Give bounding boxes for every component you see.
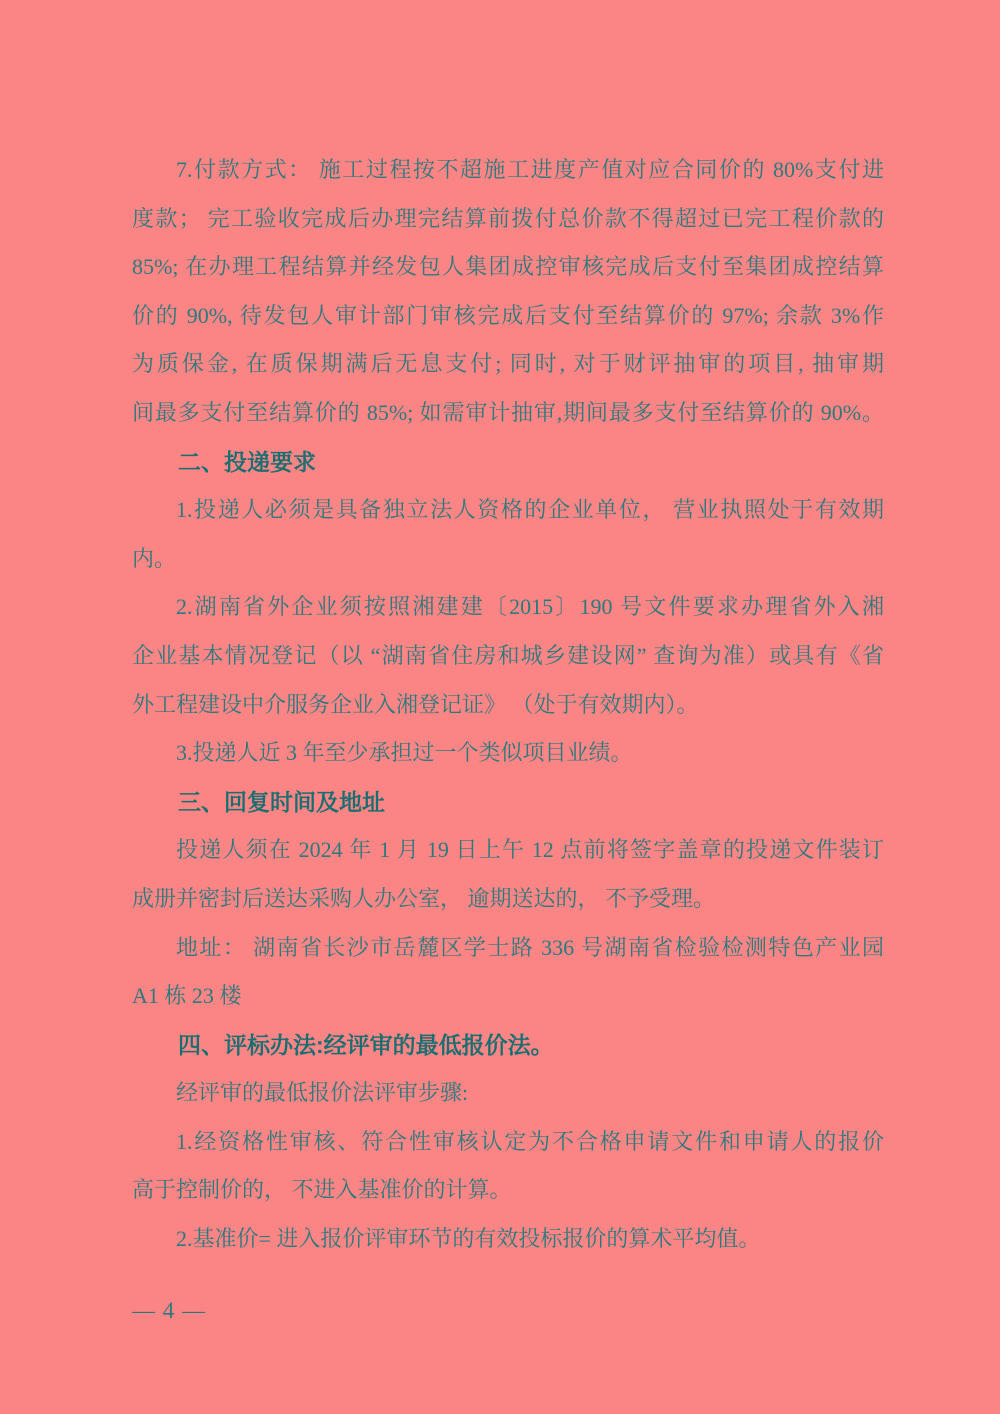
document-body: 7.付款方式： 施工过程按不超施工进度产值对应合同价的 80%支付进 度款； 完… <box>132 146 884 1264</box>
page-number: — 4 — <box>132 1298 206 1324</box>
text-line: 成册并密封后送达采购人办公室， 逾期送达的， 不予受理。 <box>132 875 884 924</box>
text-line: 2.湖南省外企业须按照湘建建〔2015〕190 号文件要求办理省外入湘 <box>132 583 884 632</box>
text-line: A1 栋 23 楼 <box>132 972 884 1021</box>
text-line: 外工程建设中介服务企业入湘登记证》 （处于有效期内）。 <box>132 681 884 730</box>
section-heading: 四、评标办法:经评审的最低报价法。 <box>132 1021 884 1070</box>
text-line: 价的 90%, 待发包人审计部门审核完成后支付至结算价的 97%; 余款 3%作 <box>132 292 884 341</box>
document-page: 7.付款方式： 施工过程按不超施工进度产值对应合同价的 80%支付进 度款； 完… <box>0 0 1000 1414</box>
text-line: 地址： 湖南省长沙市岳麓区学士路 336 号湖南省检验检测特色产业园 <box>132 924 884 973</box>
text-line: 度款； 完工验收完成后办理完结算前拨付总价款不得超过已完工程价款的 <box>132 195 884 244</box>
text-line: 间最多支付至结算价的 85%; 如需审计抽审,期间最多支付至结算价的 90%。 <box>132 389 884 438</box>
text-line: 内。 <box>132 535 884 584</box>
text-line: 高于控制价的， 不进入基准价的计算。 <box>132 1166 884 1215</box>
text-line: 2.基准价= 进入报价评审环节的有效投标报价的算术平均值。 <box>132 1215 884 1264</box>
text-line: 3.投递人近 3 年至少承担过一个类似项目业绩。 <box>132 729 884 778</box>
section-heading: 三、回复时间及地址 <box>132 778 884 827</box>
text-line: 企业基本情况登记（以 “湖南省住房和城乡建设网” 查询为准）或具有《省 <box>132 632 884 681</box>
text-line: 为质保金, 在质保期满后无息支付; 同时, 对于财评抽审的项目, 抽审期 <box>132 340 884 389</box>
section-heading: 二、投递要求 <box>132 438 884 487</box>
text-line: 7.付款方式： 施工过程按不超施工进度产值对应合同价的 80%支付进 <box>132 146 884 195</box>
text-line: 1.经资格性审核、符合性审核认定为不合格申请文件和申请人的报价 <box>132 1118 884 1167</box>
text-line: 85%; 在办理工程结算并经发包人集团成控审核完成后支付至集团成控结算 <box>132 243 884 292</box>
text-line: 经评审的最低报价法评审步骤: <box>132 1069 884 1118</box>
text-line: 投递人须在 2024 年 1 月 19 日上午 12 点前将签字盖章的投递文件装… <box>132 826 884 875</box>
text-line: 1.投递人必须是具备独立法人资格的企业单位， 营业执照处于有效期 <box>132 486 884 535</box>
